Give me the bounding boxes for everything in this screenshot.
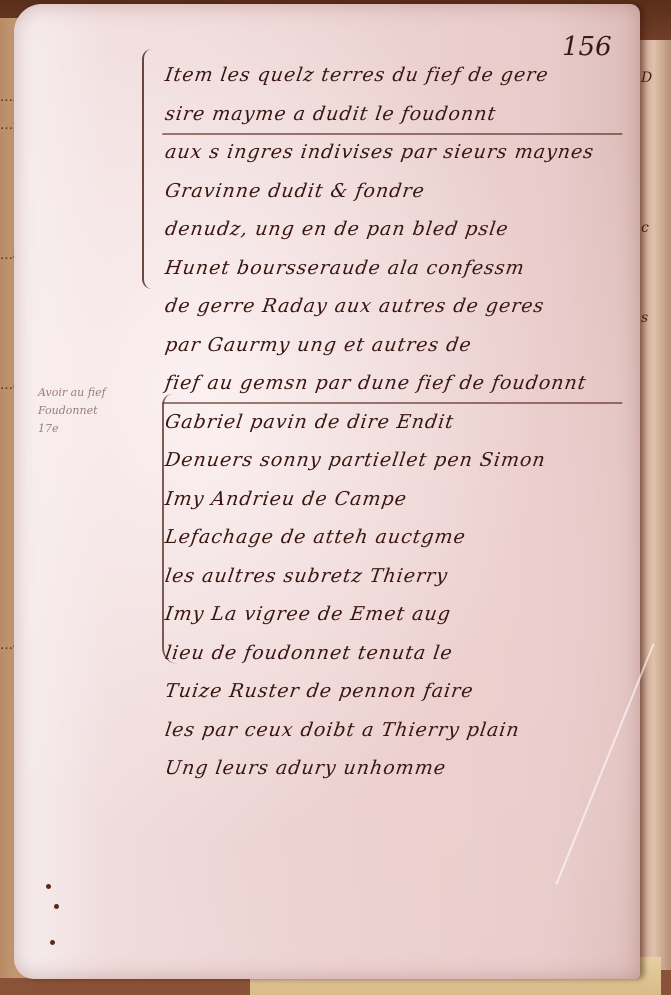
text-line: les par ceux doibt a Thierry plain — [161, 719, 646, 758]
text-line: Tuize Ruster de pennon faire — [161, 680, 646, 719]
folio-number: 156 — [562, 32, 612, 62]
manuscript-folio: 156 Avoir au fief Foudonnet 17e Item les… — [14, 4, 640, 979]
text-line: Lefachage de atteh auctgme — [161, 526, 646, 565]
text-line: Imy Andrieu de Campe — [161, 488, 646, 527]
text-line: fief au gemsn par dune fief de foudonnt — [161, 372, 646, 411]
worm-hole — [50, 940, 55, 945]
text-line: Hunet boursseraude ala confessm — [161, 257, 646, 296]
text-line: Denuers sonny partiellet pen Simon — [161, 449, 646, 488]
text-line: denudz, ung en de pan bled psle — [161, 218, 646, 257]
text-line: de gerre Raday aux autres de geres — [161, 295, 646, 334]
text-line: les aultres subretz Thierry — [161, 565, 646, 604]
worm-hole — [54, 904, 59, 909]
text-line: Item les quelz terres du fief de gere — [161, 64, 646, 103]
text-line: Gravinne dudit & fondre — [161, 180, 646, 219]
text-line: aux s ingres indivises par sieurs maynes — [161, 141, 646, 180]
margin-bracket — [142, 49, 158, 289]
text-line: sire mayme a dudit le foudonnt — [161, 103, 646, 142]
margin-note-line: Avoir au fief — [38, 384, 106, 402]
margin-annotation: Avoir au fief Foudonnet 17e — [38, 384, 106, 438]
text-line: lieu de foudonnet tenuta le — [161, 642, 646, 681]
text-line: Gabriel pavin de dire Endit — [161, 411, 646, 450]
margin-note-line: Foudonnet — [38, 402, 106, 420]
text-line: Ung leurs adury unhomme — [161, 757, 646, 796]
worm-hole — [46, 884, 51, 889]
text-line: par Gaurmy ung et autres de — [161, 334, 646, 373]
margin-note-line: 17e — [38, 420, 106, 438]
text-line: Imy La vigree de Emet aug — [161, 603, 646, 642]
manuscript-text: Item les quelz terres du fief de gere si… — [164, 64, 644, 796]
